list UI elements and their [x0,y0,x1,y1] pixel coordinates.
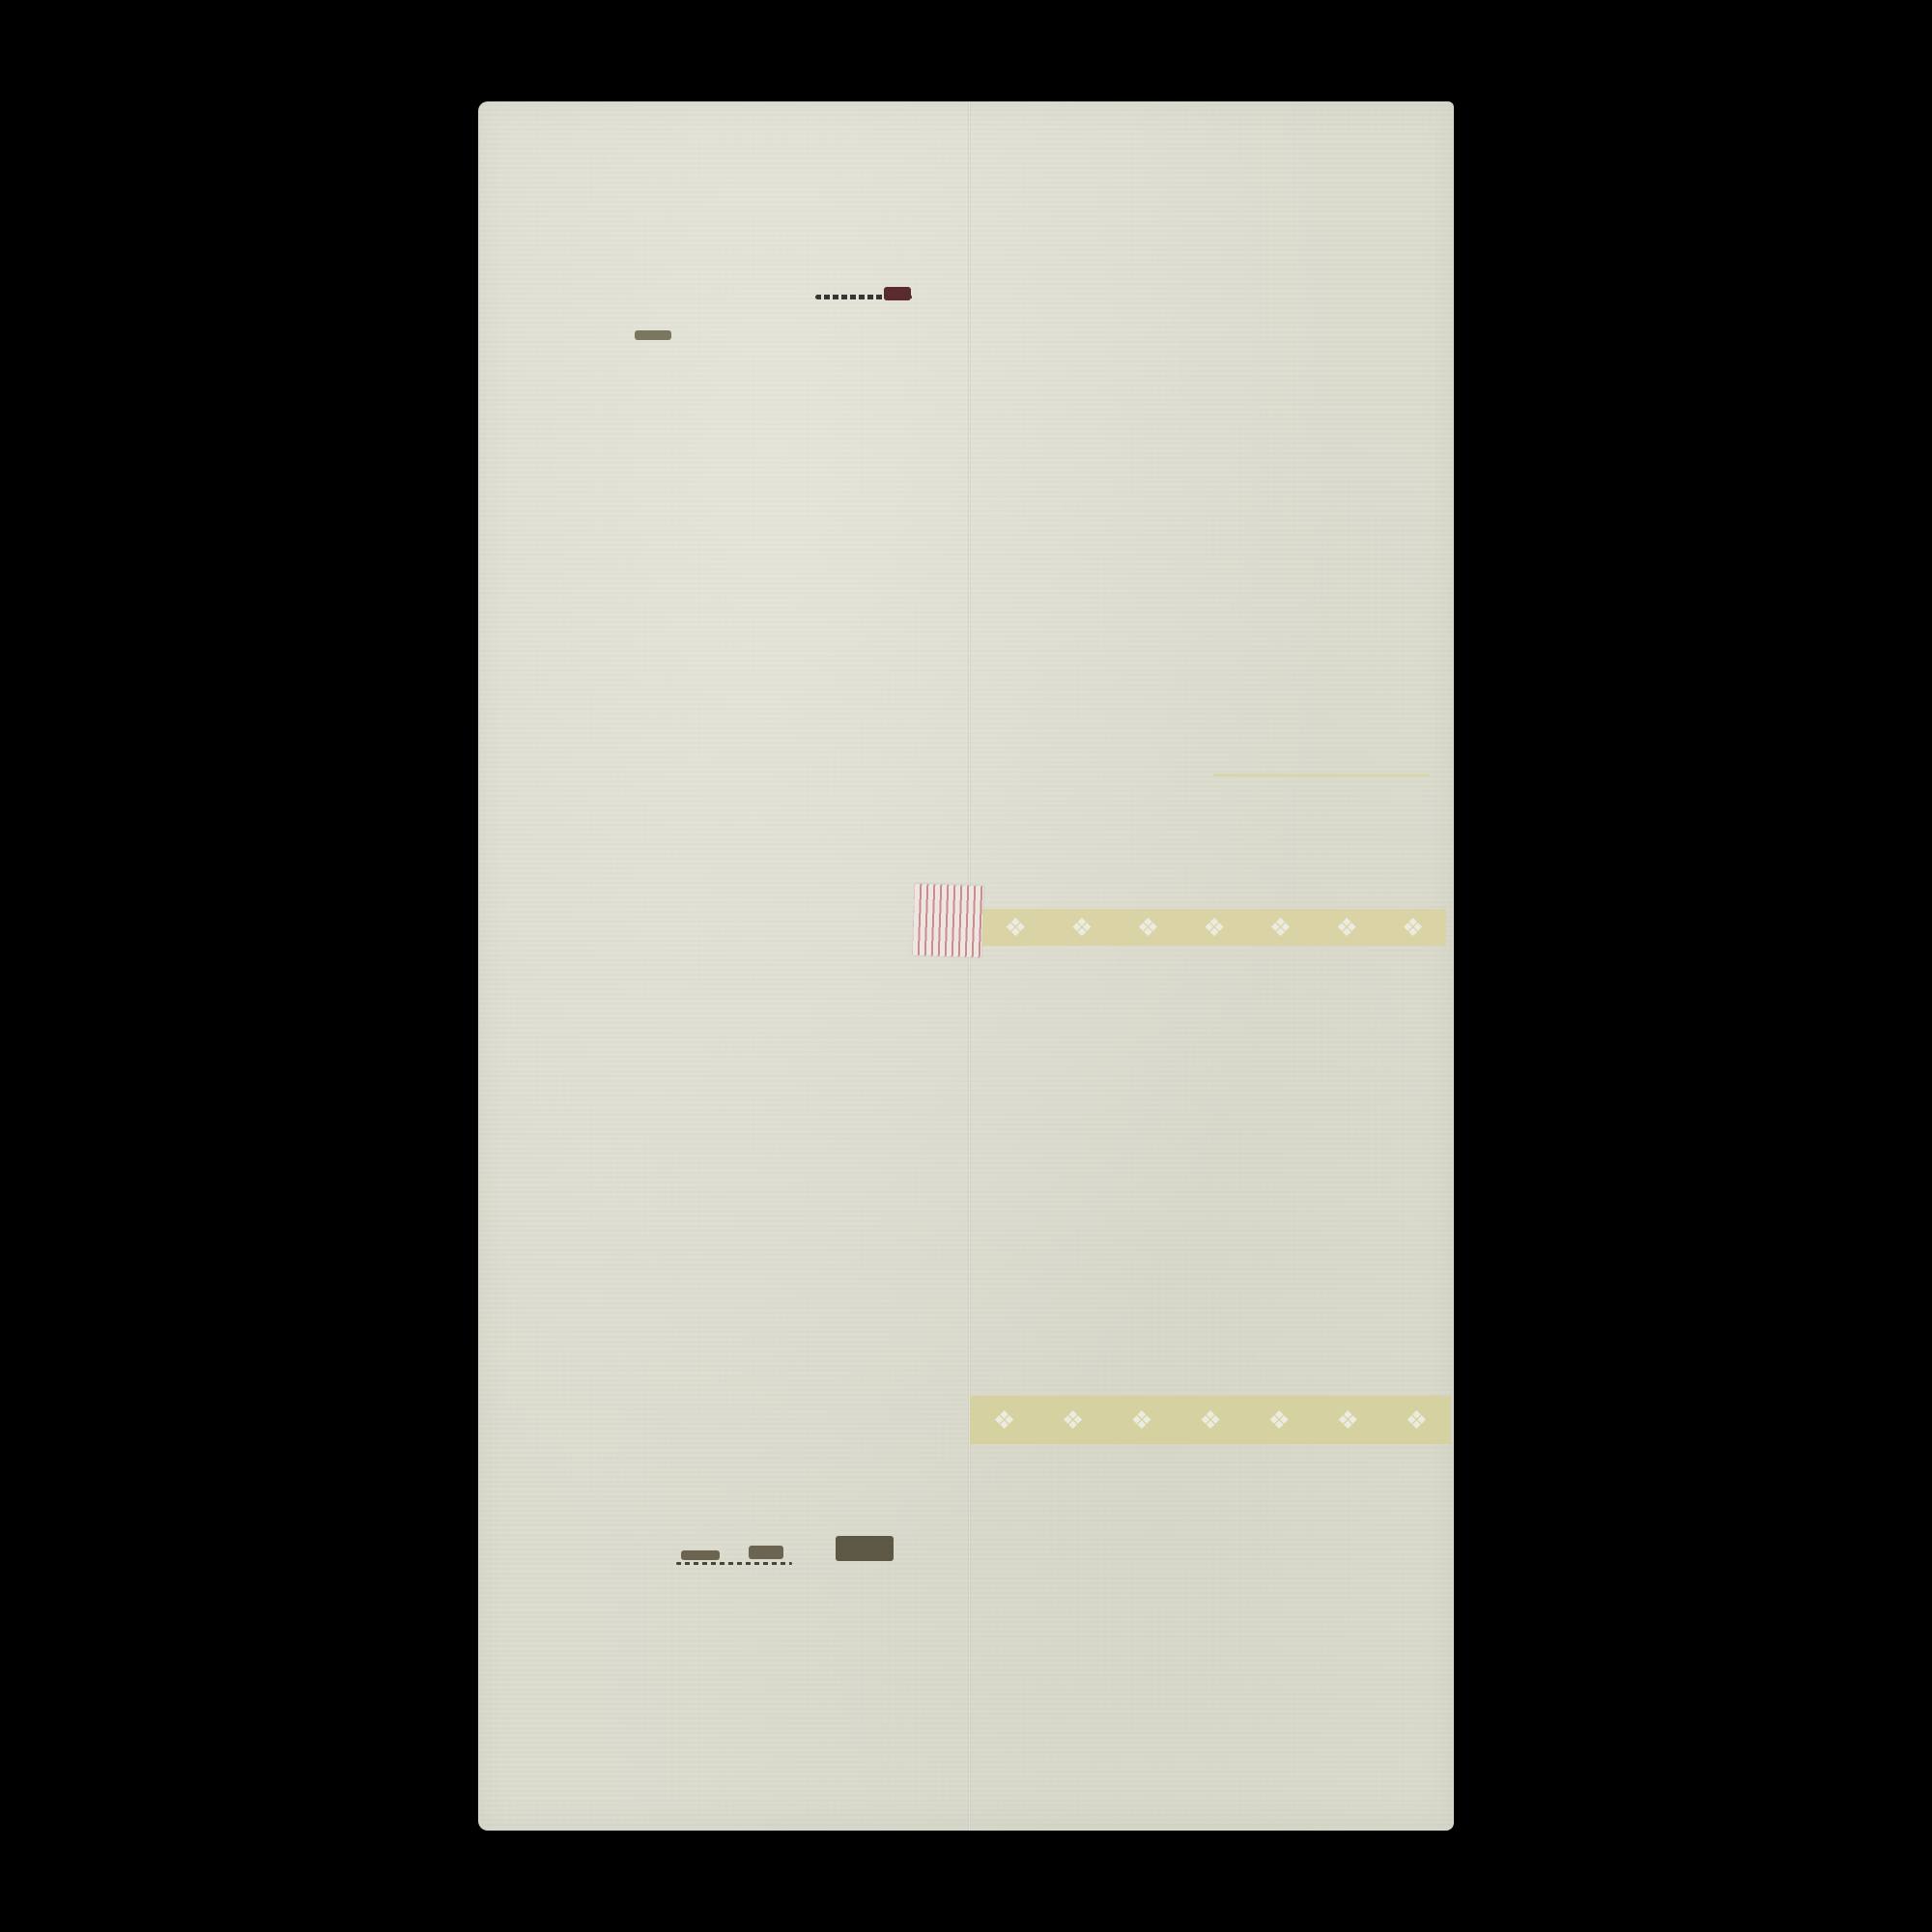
motif: ❖ [999,918,1032,937]
bottom-motif-3 [836,1536,894,1561]
center-seam [968,101,971,1831]
top-motif-red [884,287,911,300]
motif: ❖ [1400,1410,1433,1430]
bottom-dotted-line [676,1562,792,1565]
top-motif-green [635,330,671,340]
embroidered-band-1: ❖ ❖ ❖ ❖ ❖ ❖ ❖ [982,909,1446,946]
motif: ❖ [1330,918,1363,937]
embroidered-band-2: ❖ ❖ ❖ ❖ ❖ ❖ ❖ [970,1396,1451,1444]
motif: ❖ [1397,918,1430,937]
bottom-motif-1 [681,1550,720,1560]
motif: ❖ [1131,918,1164,937]
thin-yellow-line [1213,774,1430,777]
motif: ❖ [1194,1410,1227,1430]
motif: ❖ [1263,1410,1295,1430]
bottom-motif-2 [749,1546,783,1559]
kilim-rug: ❖ ❖ ❖ ❖ ❖ ❖ ❖ ❖ ❖ ❖ ❖ ❖ ❖ ❖ [478,101,1454,1831]
motif: ❖ [1125,1410,1158,1430]
striped-patch [913,884,984,957]
motif: ❖ [988,1410,1021,1430]
motif: ❖ [1198,918,1231,937]
motif: ❖ [1264,918,1297,937]
motif: ❖ [1057,1410,1090,1430]
motif: ❖ [1331,1410,1364,1430]
motif: ❖ [1065,918,1098,937]
